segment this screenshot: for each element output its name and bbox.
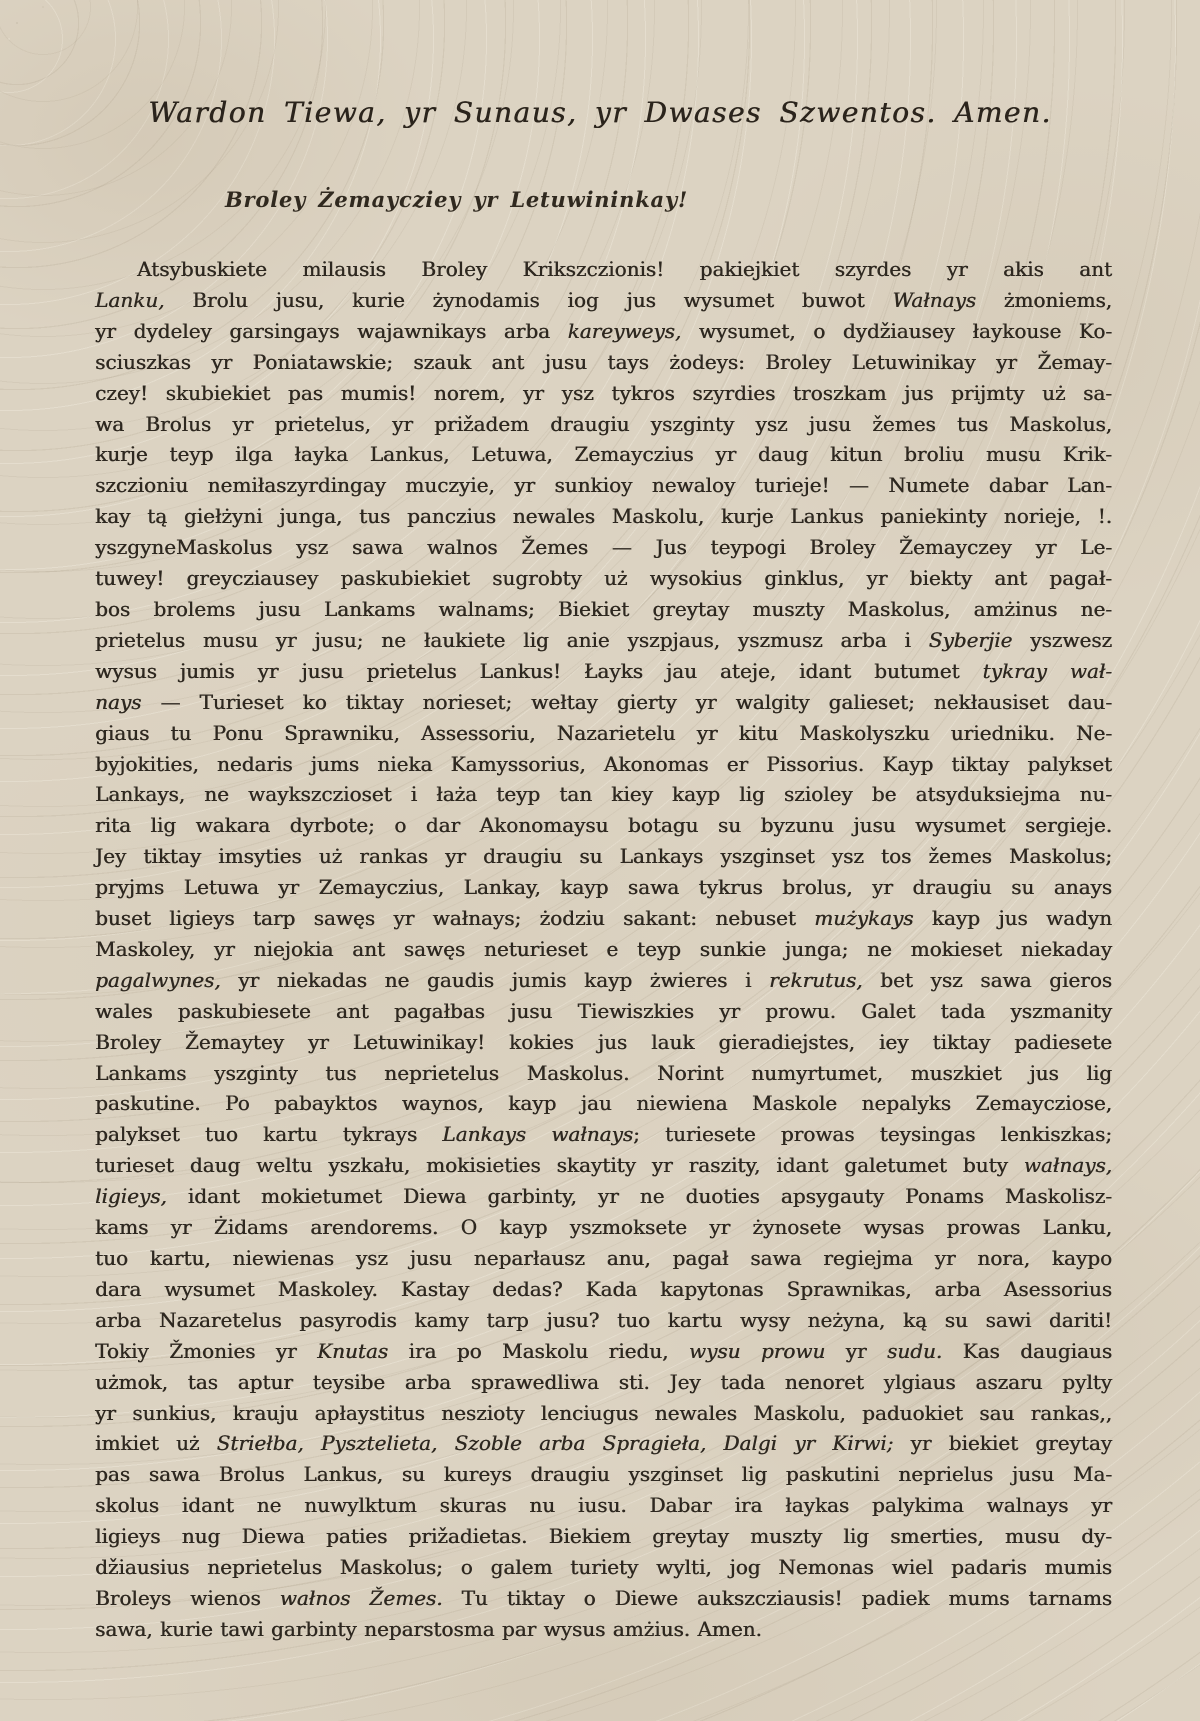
body-italic-segment: Syberjie (929, 628, 1013, 652)
body-text-segment: wysus jumis yr jusu prietelus Lankus! Ła… (95, 659, 982, 683)
body-text-segment: kams yr Żidams arendorems. O kayp yszmok… (95, 1215, 1112, 1239)
body-italic-segment: pagalwynes, (95, 968, 221, 992)
body-text-segment: palykset tuo kartu tykrays (95, 1122, 442, 1146)
body-line: giaus tu Ponu Sprawniku, Assessoriu, Naz… (95, 718, 1112, 749)
body-line: yr sunkius, krauju apłaystitus neszioty … (95, 1398, 1112, 1429)
body-line: kurje teyp ilga łayka Lankus, Letuwa, Ze… (95, 439, 1112, 470)
body-text-segment: — Turieset ko tiktay norieset; wełtay gi… (141, 690, 1112, 714)
body-text-segment: tuwey! greycziausey paskubiekiet sugrobt… (95, 566, 1112, 590)
body-line: kams yr Żidams arendorems. O kayp yszmok… (95, 1212, 1112, 1243)
body-text-segment: arba Nazaretelus pasyrodis kamy tarp jus… (95, 1308, 1112, 1332)
body-text-segment: kay tą giełżyni junga, tus panczius newa… (95, 504, 1112, 528)
body-text-segment: imkiet uż (95, 1431, 217, 1455)
body-line: imkiet uż Striełba, Pysztelieta, Szoble … (95, 1428, 1112, 1459)
body-italic-segment: rekrutus, (769, 968, 863, 992)
body-italic-segment: wałnos Žemes. (280, 1586, 443, 1610)
body-line: ligieys nug Diewa paties prižadietas. Bi… (95, 1521, 1112, 1552)
body-text-segment: Tokiy Žmonies yr (95, 1339, 317, 1363)
body-line: džiausius neprietelus Maskolus; o galem … (95, 1552, 1112, 1583)
body-line: prietelus musu yr jusu; ne łaukiete lig … (95, 625, 1112, 656)
body-line: bos brolems jusu Lankams walnams; Biekie… (95, 594, 1112, 625)
body-italic-segment: wysu prowu (689, 1339, 825, 1363)
body-text-segment: Jey tiktay imsyties uż rankas yr draugiu… (95, 844, 1112, 868)
body-line: sciuszkas yr Poniatawskie; szauk ant jus… (95, 347, 1112, 378)
body-line: paskutine. Po pabayktos waynos, kayp jau… (95, 1088, 1112, 1119)
body-text-segment: Tu tiktay o Diewe aukszcziausis! padiek … (443, 1586, 1112, 1610)
body-text-segment: buset ligieys tarp sawęs yr wałnays; żod… (95, 906, 814, 930)
body-text-segment: Broley Žemaytey yr Letuwinikay! kokies j… (95, 1030, 1112, 1054)
body-text-segment: Lankays, ne waykszczioset i łaża teyp ta… (95, 782, 1112, 806)
body-text-segment: czey! skubiekiet pas mumis! norem, yr ys… (95, 381, 1112, 405)
body-text-segment: Broleys wienos (95, 1586, 280, 1610)
body-text-segment: Kas daugiaus (942, 1339, 1112, 1363)
body-line: Atsybuskiete milausis Broley Krikszczion… (95, 254, 1112, 285)
body-line: Maskoley, yr niejokia ant sawęs neturies… (95, 934, 1112, 965)
body-text-segment: kurje teyp ilga łayka Lankus, Letuwa, Ze… (95, 442, 1112, 466)
body-line: yr dydeley garsingays wajawnikays arba k… (95, 316, 1112, 347)
body-line: palykset tuo kartu tykrays Lankays wałna… (95, 1119, 1112, 1150)
body-line: ligieys, idant mokietumet Diewa garbinty… (95, 1181, 1112, 1212)
body-line: Tokiy Žmonies yr Knutas ira po Maskolu r… (95, 1336, 1112, 1367)
body-text-segment: prietelus musu yr jusu; ne łaukiete lig … (95, 628, 929, 652)
body-line: tuwey! greycziausey paskubiekiet sugrobt… (95, 563, 1112, 594)
document-page: Wardon Tiewa, yr Sunaus, yr Dwases Szwen… (0, 0, 1200, 1721)
body-line: pagalwynes, yr niekadas ne gaudis jumis … (95, 965, 1112, 996)
body-italic-segment: tykray wał- (982, 659, 1112, 683)
body-line: turieset daug weltu yszkału, mokisieties… (95, 1150, 1112, 1181)
body-text-segment: turieset daug weltu yszkału, mokisieties… (95, 1153, 1024, 1177)
body-text-segment: kayp jus wadyn (913, 906, 1112, 930)
body-line: byjokities, nedaris jums nieka Kamyssori… (95, 749, 1112, 780)
body-line: skolus idant ne nuwylktum skuras nu iusu… (95, 1490, 1112, 1521)
body-text-segment: sciuszkas yr Poniatawskie; szauk ant jus… (95, 350, 1112, 374)
body-line: Lankams yszginty tus neprietelus Maskolu… (95, 1058, 1112, 1089)
body-text-segment: ; turiesete prowas teysingas lenkiszkas; (633, 1122, 1112, 1146)
body-text-segment: idant mokietumet Diewa garbinty, yr ne d… (167, 1184, 1112, 1208)
body-text-segment: yr biekiet greytay (893, 1431, 1112, 1455)
body-text-segment: yszwesz (1012, 628, 1112, 652)
body-line: rita lig wakara dyrbote; o dar Akonomays… (95, 810, 1112, 841)
body-line: użmok, tas aptur teysibe arba sprawedliw… (95, 1367, 1112, 1398)
body-text-segment: yr sunkius, krauju apłaystitus neszioty … (95, 1401, 1112, 1425)
body-text-segment: wales paskubiesete ant pagałbas jusu Tie… (95, 999, 1112, 1023)
body-line: buset ligieys tarp sawęs yr wałnays; żod… (95, 903, 1112, 934)
body-line: wysus jumis yr jusu prietelus Lankus! Ła… (95, 656, 1112, 687)
body-text-segment: pryjms Letuwa yr Zemayczius, Lankay, kay… (95, 875, 1112, 899)
body-text-segment: Maskoley, yr niejokia ant sawęs neturies… (95, 937, 1112, 961)
body-line: pas sawa Brolus Lankus, su kureys draugi… (95, 1459, 1112, 1490)
body-text-segment: Lankams yszginty tus neprietelus Maskolu… (95, 1061, 1112, 1085)
body-line: wales paskubiesete ant pagałbas jusu Tie… (95, 996, 1112, 1027)
body-text-segment: paskutine. Po pabayktos waynos, kayp jau… (95, 1091, 1112, 1115)
body-text-segment: yr dydeley garsingays wajawnikays arba (95, 319, 568, 343)
body-text-segment: Brolu jusu, kurie żynodamis iog jus wysu… (164, 288, 892, 312)
body-line: nays — Turieset ko tiktay norieset; wełt… (95, 687, 1112, 718)
body-italic-segment: Striełba, Pysztelieta, Szoble arba Sprag… (217, 1431, 894, 1455)
body-line: Broleys wienos wałnos Žemes. Tu tiktay o… (95, 1583, 1112, 1614)
body-text-segment: rita lig wakara dyrbote; o dar Akonomays… (95, 813, 1112, 837)
body-line: dara wysumet Maskoley. Kastay dedas? Kad… (95, 1274, 1112, 1305)
body-text-segment: ira po Maskolu riedu, (388, 1339, 689, 1363)
body-italic-segment: Wałnays (892, 288, 976, 312)
body-text-segment: wysumet, o dydžiausey łaykouse Ko- (681, 319, 1112, 343)
body-text-segment: wa Brolus yr prietelus, yr prižadem drau… (95, 412, 1112, 436)
body-text-segment: sawa, kurie tawi garbinty neparstosma pa… (95, 1617, 762, 1641)
body-line: Lankays, ne waykszczioset i łaża teyp ta… (95, 779, 1112, 810)
body-text-segment: użmok, tas aptur teysibe arba sprawedliw… (95, 1370, 1112, 1394)
body-italic-segment: mużykays (814, 906, 913, 930)
page-title: Wardon Tiewa, yr Sunaus, yr Dwases Szwen… (100, 96, 1100, 129)
body-text-segment: tuo kartu, niewienas ysz jusu neparłausz… (95, 1246, 1112, 1270)
body-line: szczioniu nemiłaszyrdingay muczyie, yr s… (95, 470, 1112, 501)
body-text-segment: byjokities, nedaris jums nieka Kamyssori… (95, 752, 1112, 776)
body-italic-segment: nays (95, 690, 141, 714)
body-line: Broley Žemaytey yr Letuwinikay! kokies j… (95, 1027, 1112, 1058)
salutation: Broley Żemaycziey yr Letuwininkay! (225, 187, 1200, 212)
body-italic-segment: kareyweys, (568, 319, 682, 343)
body-italic-segment: Knutas (317, 1339, 388, 1363)
body-line: Jey tiktay imsyties uż rankas yr draugiu… (95, 841, 1112, 872)
body-text-segment: pas sawa Brolus Lankus, su kureys draugi… (95, 1462, 1112, 1486)
body-text: Atsybuskiete milausis Broley Krikszczion… (95, 254, 1112, 1645)
body-line: tuo kartu, niewienas ysz jusu neparłausz… (95, 1243, 1112, 1274)
body-text-segment: dara wysumet Maskoley. Kastay dedas? Kad… (95, 1277, 1112, 1301)
body-line: arba Nazaretelus pasyrodis kamy tarp jus… (95, 1305, 1112, 1336)
body-line: kay tą giełżyni junga, tus panczius newa… (95, 501, 1112, 532)
body-text-segment: yszgyneMaskolus ysz sawa walnos Žemes — … (95, 535, 1112, 559)
body-italic-segment: Lanku, (95, 288, 164, 312)
body-line: czey! skubiekiet pas mumis! norem, yr ys… (95, 378, 1112, 409)
body-text-segment: szczioniu nemiłaszyrdingay muczyie, yr s… (95, 473, 1112, 497)
body-line: wa Brolus yr prietelus, yr prižadem drau… (95, 409, 1112, 440)
body-italic-segment: sudu. (887, 1339, 942, 1363)
body-italic-segment: ligieys, (95, 1184, 167, 1208)
body-italic-segment: Lankays wałnays (442, 1122, 633, 1146)
body-text-segment: yr niekadas ne gaudis jumis kayp żwieres… (221, 968, 769, 992)
body-line: sawa, kurie tawi garbinty neparstosma pa… (95, 1614, 1112, 1645)
body-text-segment: ligieys nug Diewa paties prižadietas. Bi… (95, 1524, 1112, 1548)
body-text-segment: bos brolems jusu Lankams walnams; Biekie… (95, 597, 1112, 621)
body-text-segment: bet ysz sawa gieros (863, 968, 1113, 992)
body-text-segment: giaus tu Ponu Sprawniku, Assessoriu, Naz… (95, 721, 1112, 745)
body-line: Lanku, Brolu jusu, kurie żynodamis iog j… (95, 285, 1112, 316)
body-line: yszgyneMaskolus ysz sawa walnos Žemes — … (95, 532, 1112, 563)
body-text-segment: yr (825, 1339, 887, 1363)
body-text-segment: džiausius neprietelus Maskolus; o galem … (95, 1555, 1112, 1579)
body-line: pryjms Letuwa yr Zemayczius, Lankay, kay… (95, 872, 1112, 903)
body-text-segment: skolus idant ne nuwylktum skuras nu iusu… (95, 1493, 1112, 1517)
body-italic-segment: wałnays, (1024, 1153, 1112, 1177)
body-text-segment: żmoniems, (976, 288, 1112, 312)
body-text-segment: Atsybuskiete milausis Broley Krikszczion… (137, 257, 1112, 281)
